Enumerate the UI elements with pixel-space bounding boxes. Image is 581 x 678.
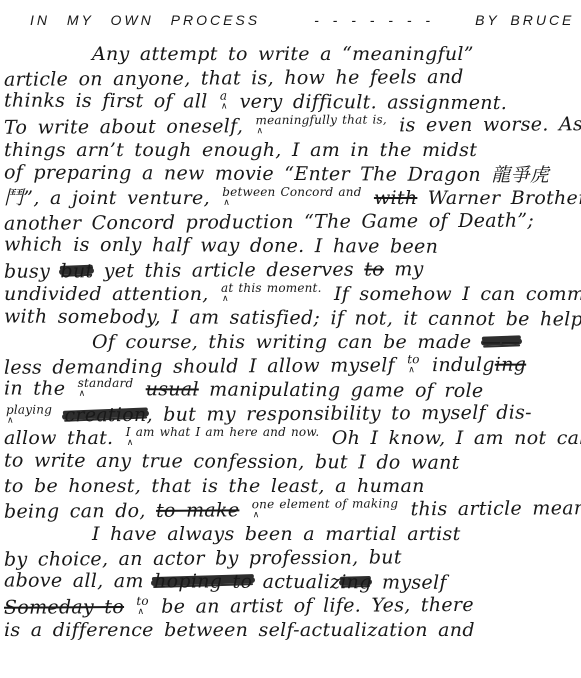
text-segment: to write any true confession, but I do w… — [4, 449, 460, 473]
strikethrough-segment: ing — [495, 354, 527, 376]
handwritten-line: in the standard usual manipulating game … — [4, 376, 579, 403]
text-segment: 鬥”, a joint venture, — [4, 187, 210, 209]
insertion-segment: meaningfully that is, — [255, 114, 386, 125]
strikethrough-segment: Someday to — [4, 596, 124, 619]
scribble-segment: creation — [64, 403, 146, 428]
text-segment: less demanding should I allow myself — [4, 354, 395, 378]
insertion-segment: between Concord and — [222, 187, 361, 197]
handwritten-line: to be honest, that is the least, a human — [4, 474, 579, 498]
text-segment: busy — [4, 260, 50, 282]
manuscript-body: Any attempt to write a “meaningful”artic… — [0, 28, 581, 642]
handwritten-line: Of course, this writing can be made —— — [4, 330, 579, 354]
insertion-segment: at this moment. — [221, 283, 322, 293]
handwritten-line: Any attempt to write a “meaningful” — [4, 42, 579, 66]
text-segment: is even worse. As though — [399, 113, 581, 137]
title-separator: - - - - - - - — [314, 12, 435, 28]
handwritten-line: To write about oneself, meaningfully tha… — [4, 112, 579, 140]
insertion-segment: playing — [6, 404, 52, 414]
handwritten-line: is a difference between self-actualizati… — [4, 618, 579, 642]
text-segment: I have always been a martial artist — [92, 523, 461, 545]
text-segment: my — [394, 258, 423, 280]
text-segment: by choice, an actor by profession, but — [4, 546, 402, 570]
handwritten-line: article on anyone, that is, how he feels… — [4, 64, 579, 92]
text-segment: Of course, this writing can be made — [92, 331, 471, 353]
text-segment: yet this article deserves — [104, 259, 354, 283]
text-segment: actualiz — [263, 571, 341, 593]
text-segment: allow that. — [4, 427, 113, 449]
strikethrough-segment: to make — [156, 499, 239, 522]
text-segment: indulg — [432, 354, 495, 376]
text-segment: very difficult. assignment. — [240, 91, 508, 114]
handwritten-line: to write any true confession, but I do w… — [4, 448, 579, 475]
text-segment: of preparing a new movie “Enter The Drag… — [4, 161, 549, 186]
insertion-segment: to — [136, 596, 149, 606]
text-segment: undivided attention, — [4, 283, 209, 305]
handwritten-line: being can do, to make one element of mak… — [4, 496, 579, 524]
text-segment: with somebody, I am satisfied; if not, i… — [4, 305, 581, 330]
scribble-segment: hoping to — [154, 569, 252, 594]
handwritten-line: which is only half way done. I have been — [4, 232, 579, 259]
handwritten-line: another Concord production “The Game of … — [4, 208, 579, 236]
handwritten-line: by choice, an actor by profession, but — [4, 544, 579, 572]
byline: BY BRUCE LEE. — [475, 12, 581, 28]
text-segment: be an artist of life. Yes, there — [161, 594, 474, 618]
handwritten-line: busy but yet this article deserves to my — [4, 256, 579, 284]
paragraph: Of course, this writing can be made ——le… — [4, 330, 579, 522]
handwritten-line: of preparing a new movie “Enter The Drag… — [4, 160, 579, 187]
paragraph: Any attempt to write a “meaningful”artic… — [4, 42, 579, 330]
manuscript-page: IN MY OWN PROCESS - - - - - - - BY BRUCE… — [0, 0, 581, 678]
handwritten-line: thinks is first of all a very difficult.… — [4, 88, 579, 115]
text-segment: manipulating game of role — [209, 379, 483, 402]
text-segment: Warner Brothers, plus — [428, 187, 581, 209]
insertion-segment: I am what I am here and now. — [126, 427, 320, 437]
strikethrough-segment: to — [364, 258, 384, 280]
scribble-segment: but — [60, 259, 93, 283]
insertion-segment: to — [407, 354, 420, 364]
insertion-segment: standard — [78, 378, 134, 388]
text-segment: above all, am — [4, 569, 144, 592]
strikethrough-segment: with — [374, 187, 417, 209]
text-segment: myself — [382, 571, 447, 593]
text-segment: which is only half way done. I have been — [4, 233, 438, 257]
handwritten-line: playing creation, but my responsibility … — [4, 400, 579, 428]
text-segment: thinks is first of all — [4, 89, 208, 112]
handwritten-line: things arn’t tough enough, I am in the m… — [4, 138, 579, 162]
text-segment: this article mean — [411, 497, 581, 520]
text-segment: , but my responsibility to myself dis- — [146, 402, 531, 426]
paragraph: I have always been a martial artistby ch… — [4, 522, 579, 642]
handwritten-line: Someday to to be an artist of life. Yes,… — [4, 592, 579, 620]
scribble-segment: ing — [340, 570, 372, 594]
text-segment: If somehow I can communicate — [334, 283, 581, 305]
text-segment: being can do, — [4, 500, 146, 523]
text-segment: is a difference between self-actualizati… — [4, 619, 475, 641]
text-segment: article on anyone, that is, how he feels… — [4, 66, 464, 91]
text-segment: another Concord production “The Game of … — [4, 210, 534, 235]
text-segment: To write about oneself, — [4, 115, 243, 138]
handwritten-line: with somebody, I am satisfied; if not, i… — [4, 304, 579, 331]
handwritten-line: 鬥”, a joint venture, between Concord and… — [4, 186, 579, 210]
page-title: IN MY OWN PROCESS — [30, 12, 260, 28]
handwritten-line: undivided attention, at this moment. If … — [4, 282, 579, 306]
title-row: IN MY OWN PROCESS - - - - - - - BY BRUCE… — [0, 0, 581, 28]
strikethrough-segment: usual — [146, 378, 199, 400]
insertion-segment: a — [220, 91, 227, 101]
handwritten-line: above all, am hoping to actualizing myse… — [4, 568, 579, 595]
handwritten-line: allow that. I am what I am here and now.… — [4, 426, 579, 450]
text-segment: to be honest, that is the least, a human — [4, 475, 425, 497]
text-segment: things arn’t tough enough, I am in the m… — [4, 139, 477, 161]
scribble-segment: —— — [482, 330, 521, 354]
insertion-segment: one element of making — [252, 498, 399, 509]
handwritten-line: I have always been a martial artist — [4, 522, 579, 546]
text-segment: Any attempt to write a “meaningful” — [92, 43, 474, 65]
text-segment: Oh I know, I am not called — [332, 427, 581, 449]
text-segment: in the — [4, 377, 65, 399]
